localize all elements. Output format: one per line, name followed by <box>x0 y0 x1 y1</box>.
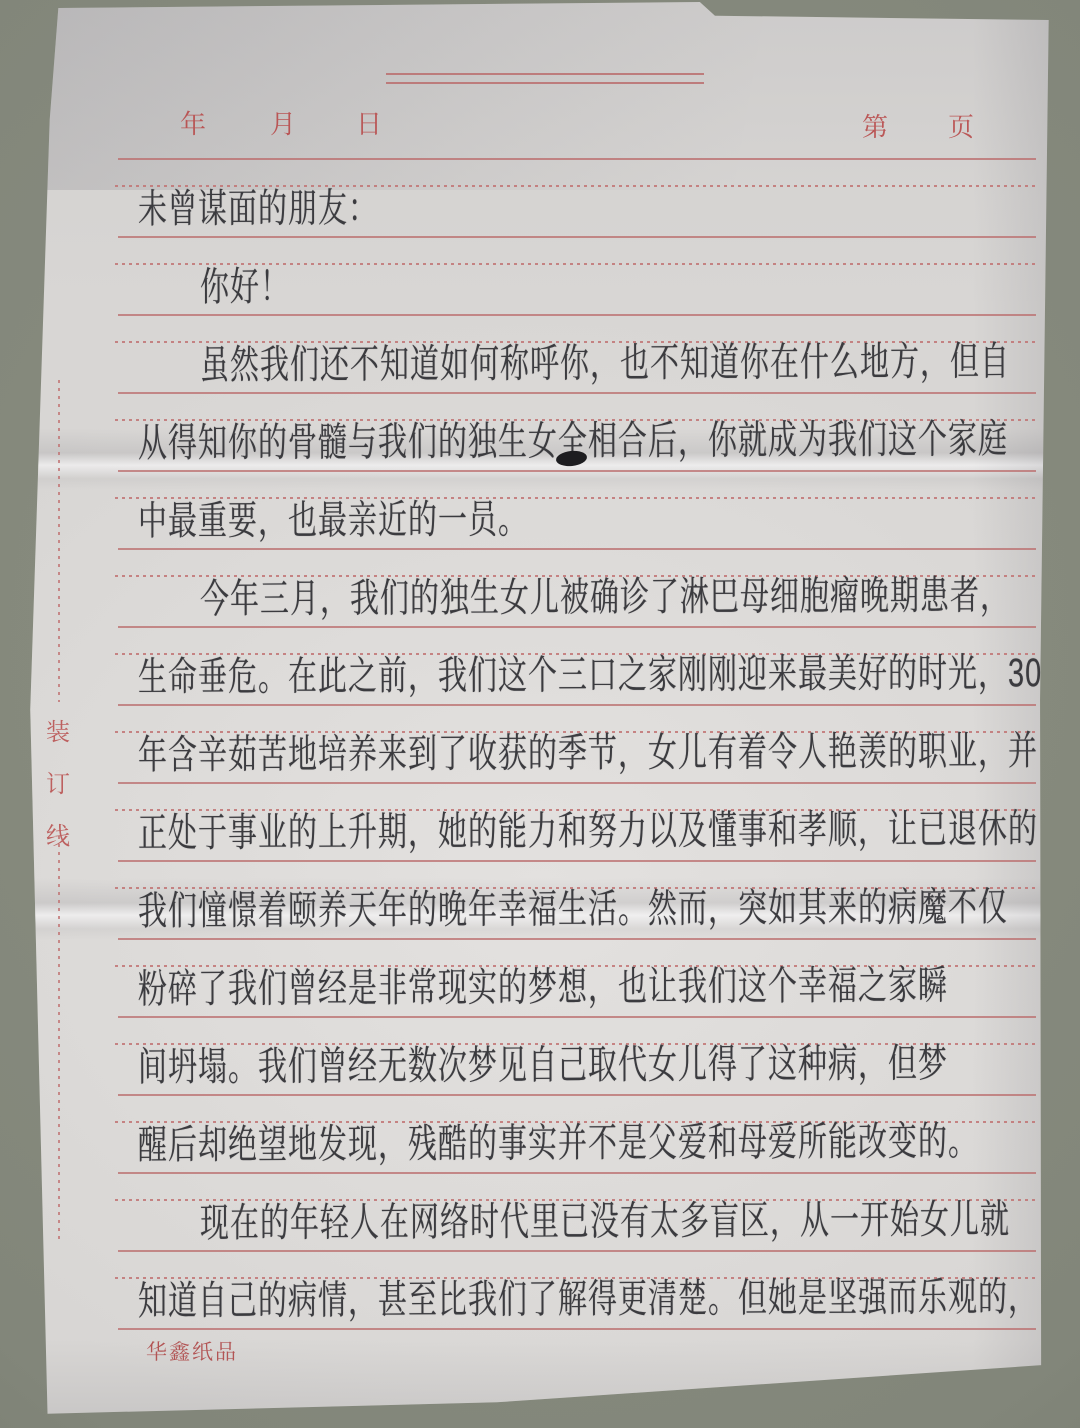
ruled-row: 今年三月，我们的独生女儿被确诊了淋巴母细胞瘤晚期患者， <box>118 550 1036 628</box>
ruled-row: 知道自己的病情，甚至比我们了解得更清楚。但她是坚强而乐观的， <box>118 1252 1036 1330</box>
ruled-row: 生命垂危。在此之前，我们这个三口之家刚刚迎来最美好的时光，30 <box>118 628 1036 706</box>
desk-background: 年 月 日 第 页 装 订 线 未曾谋面的朋友： 你好！ 虽然我们还不知道如何称… <box>0 0 1080 1428</box>
header-year-label: 年 <box>180 104 206 141</box>
handwritten-line: 醒后却绝望地发现，残酷的事实并不是父爱和母爱所能改变的。 <box>138 1110 978 1171</box>
ruled-row: 中最重要，也最亲近的一员。 <box>118 472 1036 550</box>
header-month-label: 月 <box>270 104 296 141</box>
title-double-line <box>386 73 704 84</box>
handwritten-line: 生命垂危。在此之前，我们这个三口之家刚刚迎来最美好的时光，30 <box>138 642 1042 703</box>
paper-brand: 华鑫纸品 <box>146 1336 238 1366</box>
handwritten-line: 中最重要，也最亲近的一员。 <box>138 489 528 547</box>
ruled-row: 从得知你的骨髓与我们的独生女全相合后，你就成为我们这个家庭 <box>118 394 1036 472</box>
ruled-area: 未曾谋面的朋友： 你好！ 虽然我们还不知道如何称呼你，也不知道你在什么地方，但自… <box>118 158 1036 1330</box>
handwritten-line: 年含辛茹苦地培养来到了收获的季节，女儿有着令人艳羡的职业，并 <box>138 720 1038 781</box>
header-page-suffix-label: 页 <box>948 107 974 144</box>
handwritten-line: 知道自己的病情，甚至比我们了解得更清楚。但她是坚强而乐观的， <box>138 1266 1038 1327</box>
handwritten-line: 你好！ <box>200 256 290 313</box>
header-page-prefix-label: 第 <box>862 107 888 144</box>
header-day-label: 日 <box>356 104 382 141</box>
handwritten-line: 今年三月，我们的独生女儿被确诊了淋巴母细胞瘤晚期患者， <box>200 565 1010 625</box>
ruled-row: 未曾谋面的朋友： <box>118 160 1036 238</box>
binding-dotted-line-upper <box>58 380 60 702</box>
ruled-row: 粉碎了我们曾经是非常现实的梦想，也让我们这个幸福之家瞬 <box>118 940 1036 1018</box>
handwritten-line: 粉碎了我们曾经是非常现实的梦想，也让我们这个幸福之家瞬 <box>138 955 948 1015</box>
ruled-row: 正处于事业的上升期，她的能力和努力以及懂事和孝顺，让已退休的 <box>118 784 1036 862</box>
binding-dotted-line-lower <box>58 836 60 1244</box>
handwritten-line: 虽然我们还不知道如何称呼你，也不知道你在什么地方，但自 <box>200 331 1010 391</box>
binding-line-char: 订 <box>46 764 70 799</box>
ruled-row: 年含辛茹苦地培养来到了收获的季节，女儿有着令人艳羡的职业，并 <box>118 706 1036 784</box>
binding-line-char: 装 <box>46 712 70 747</box>
ruled-row: 虽然我们还不知道如何称呼你，也不知道你在什么地方，但自 <box>118 316 1036 394</box>
handwritten-line: 未曾谋面的朋友： <box>138 177 378 235</box>
ruled-row: 间坍塌。我们曾经无数次梦见自己取代女儿得了这种病，但梦 <box>118 1018 1036 1096</box>
ruled-row: 现在的年轻人在网络时代里已没有太多盲区，从一开始女儿就 <box>118 1174 1036 1252</box>
letter-paper: 年 月 日 第 页 装 订 线 未曾谋面的朋友： 你好！ 虽然我们还不知道如何称… <box>0 0 1080 1428</box>
handwritten-line: 我们憧憬着颐养天年的晚年幸福生活。然而，突如其来的病魔不仅 <box>138 876 1008 937</box>
ruled-row: 醒后却绝望地发现，残酷的事实并不是父爱和母爱所能改变的。 <box>118 1096 1036 1174</box>
binding-line-char: 线 <box>46 816 70 851</box>
handwritten-line: 正处于事业的上升期，她的能力和努力以及懂事和孝顺，让已退休的 <box>138 798 1038 859</box>
handwritten-line: 现在的年轻人在网络时代里已没有太多盲区，从一开始女儿就 <box>200 1189 1010 1249</box>
ruled-row: 我们憧憬着颐养天年的晚年幸福生活。然而，突如其来的病魔不仅 <box>118 862 1036 940</box>
handwritten-line: 间坍塌。我们曾经无数次梦见自己取代女儿得了这种病，但梦 <box>138 1033 948 1093</box>
ruled-row: 你好！ <box>118 238 1036 316</box>
